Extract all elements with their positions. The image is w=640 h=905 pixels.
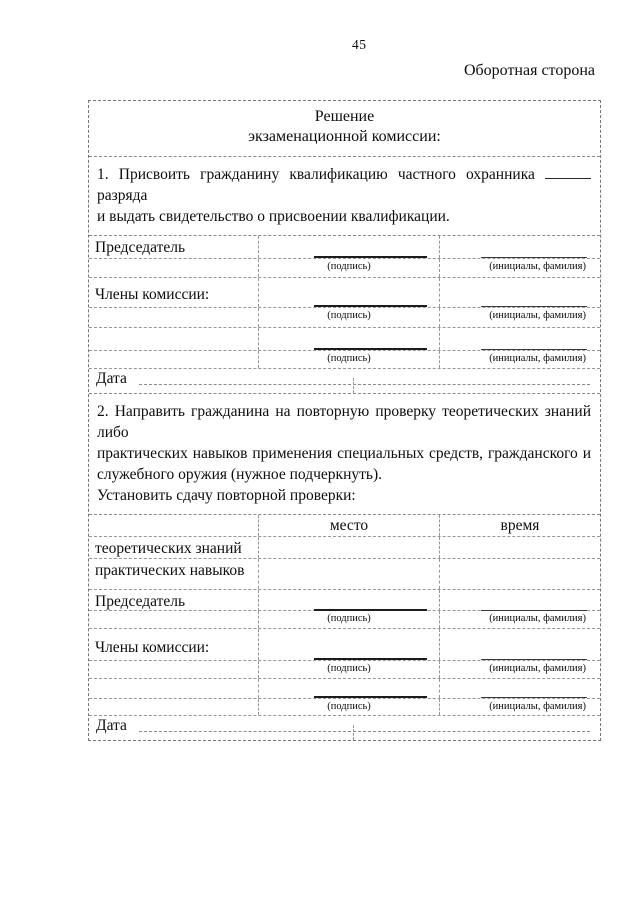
item1-line1: 1. Присвоить гражданину квалификацию час… [97,164,591,206]
initials-cell [440,278,600,307]
signature-block-2: место время теоретических знаний практич… [89,515,600,740]
initials-line [481,306,587,307]
signature-cell [259,679,440,698]
date-label: Дата [96,370,127,388]
members-label: Члены комиссии: [89,278,259,307]
date-divider-tick [353,378,354,393]
date-line [139,384,590,385]
signature-line [314,305,427,307]
date-row: Дата [89,369,600,393]
chairman-label: Председатель [89,590,259,611]
item2-line4: Установить сдачу повторной проверки: [97,485,591,506]
signature-line [314,256,427,258]
spacer-cell [89,259,259,277]
initials-caption: (инициалы, фамилия) [440,661,600,678]
date-row: Дата [89,716,600,740]
item2-line3: служебного оружия (нужное подчеркнуть). [97,464,591,485]
members-row: Члены комиссии: [89,629,600,661]
caption-row: (подпись) (инициалы, фамилия) [89,611,600,629]
place-field [259,537,440,558]
initials-cell [440,590,600,611]
signature-caption: (подпись) [259,611,440,628]
signature-line [314,696,427,698]
signature-cell [259,236,440,258]
item1-paragraph: 1. Присвоить гражданину квалификацию час… [89,157,600,236]
page-number: 45 [352,37,367,53]
item2-paragraph: 2. Направить гражданина на повторную про… [89,394,600,515]
date-divider-tick [353,725,354,740]
spacer-cell [89,308,259,327]
signature-caption: (подпись) [259,259,440,277]
grade-blank-field [545,166,591,179]
signature-cell [259,278,440,307]
initials-caption: (инициалы, фамилия) [440,611,600,628]
initials-cell [440,328,600,350]
place-field [259,559,440,589]
member-signature-row [89,679,600,699]
item1-text-before-blank: 1. Присвоить гражданину квалификацию час… [97,166,535,183]
initials-caption: (инициалы, фамилия) [440,259,600,277]
caption-row: (подпись) (инициалы, фамилия) [89,259,600,278]
theory-row: теоретических знаний [89,537,600,559]
signature-cell [259,590,440,611]
form-title-line1: Решение [93,107,596,127]
corner-note: Оборотная сторона [464,62,595,80]
time-field [440,559,600,589]
item1-text-after-blank: разряда [97,187,147,204]
initials-cell [440,236,600,258]
chairman-row: Председатель [89,236,600,259]
spacer-cell [89,661,259,678]
spacer-cell [89,699,259,715]
members-row: Члены комиссии: [89,278,600,308]
spacer-cell [89,328,259,350]
caption-row: (подпись) (инициалы, фамилия) [89,699,600,716]
signature-caption: (подпись) [259,661,440,678]
spacer-cell [89,679,259,698]
item2-line1: 2. Направить гражданина на повторную про… [97,401,591,443]
form-title: Решение экзаменационной комиссии: [89,101,600,157]
decision-form: Решение экзаменационной комиссии: 1. При… [88,100,601,741]
chairman-row: Председатель [89,590,600,611]
signature-cell [259,328,440,350]
initials-line [481,257,587,258]
member-signature-row [89,328,600,351]
chairman-label: Председатель [89,236,259,258]
document-page: 45 Оборотная сторона Решение экзаменацио… [0,0,640,905]
signature-caption: (подпись) [259,699,440,715]
initials-line [481,349,587,350]
item2-line2: практических навыков применения специаль… [97,443,591,464]
caption-row: (подпись) (инициалы, фамилия) [89,351,600,369]
practice-row: практических навыков [89,559,600,590]
spacer-cell [89,515,259,536]
form-title-line2: экзаменационной комиссии: [93,127,596,147]
initials-caption: (инициалы, фамилия) [440,699,600,715]
signature-cell [259,629,440,660]
time-column-header: время [440,515,600,536]
signature-block-1: Председатель (подпись) (инициалы, фамили… [89,236,600,394]
signature-line [314,658,427,660]
time-field [440,537,600,558]
spacer-cell [89,611,259,628]
initials-line [481,659,587,660]
signature-caption: (подпись) [259,308,440,327]
theory-label: теоретических знаний [89,537,259,558]
practice-label: практических навыков [89,559,259,589]
initials-caption: (инициалы, фамилия) [440,351,600,368]
signature-caption: (подпись) [259,351,440,368]
members-label: Члены комиссии: [89,629,259,660]
date-line [139,731,590,732]
initials-cell [440,629,600,660]
caption-row: (подпись) (инициалы, фамилия) [89,308,600,328]
retake-header-row: место время [89,515,600,537]
initials-caption: (инициалы, фамилия) [440,308,600,327]
signature-line [314,348,427,350]
place-column-header: место [259,515,440,536]
spacer-cell [89,351,259,368]
caption-row: (подпись) (инициалы, фамилия) [89,661,600,679]
initials-line [481,697,587,698]
initials-cell [440,679,600,698]
date-label: Дата [96,717,127,735]
item1-line2: и выдать свидетельство о присвоении квал… [97,206,591,227]
